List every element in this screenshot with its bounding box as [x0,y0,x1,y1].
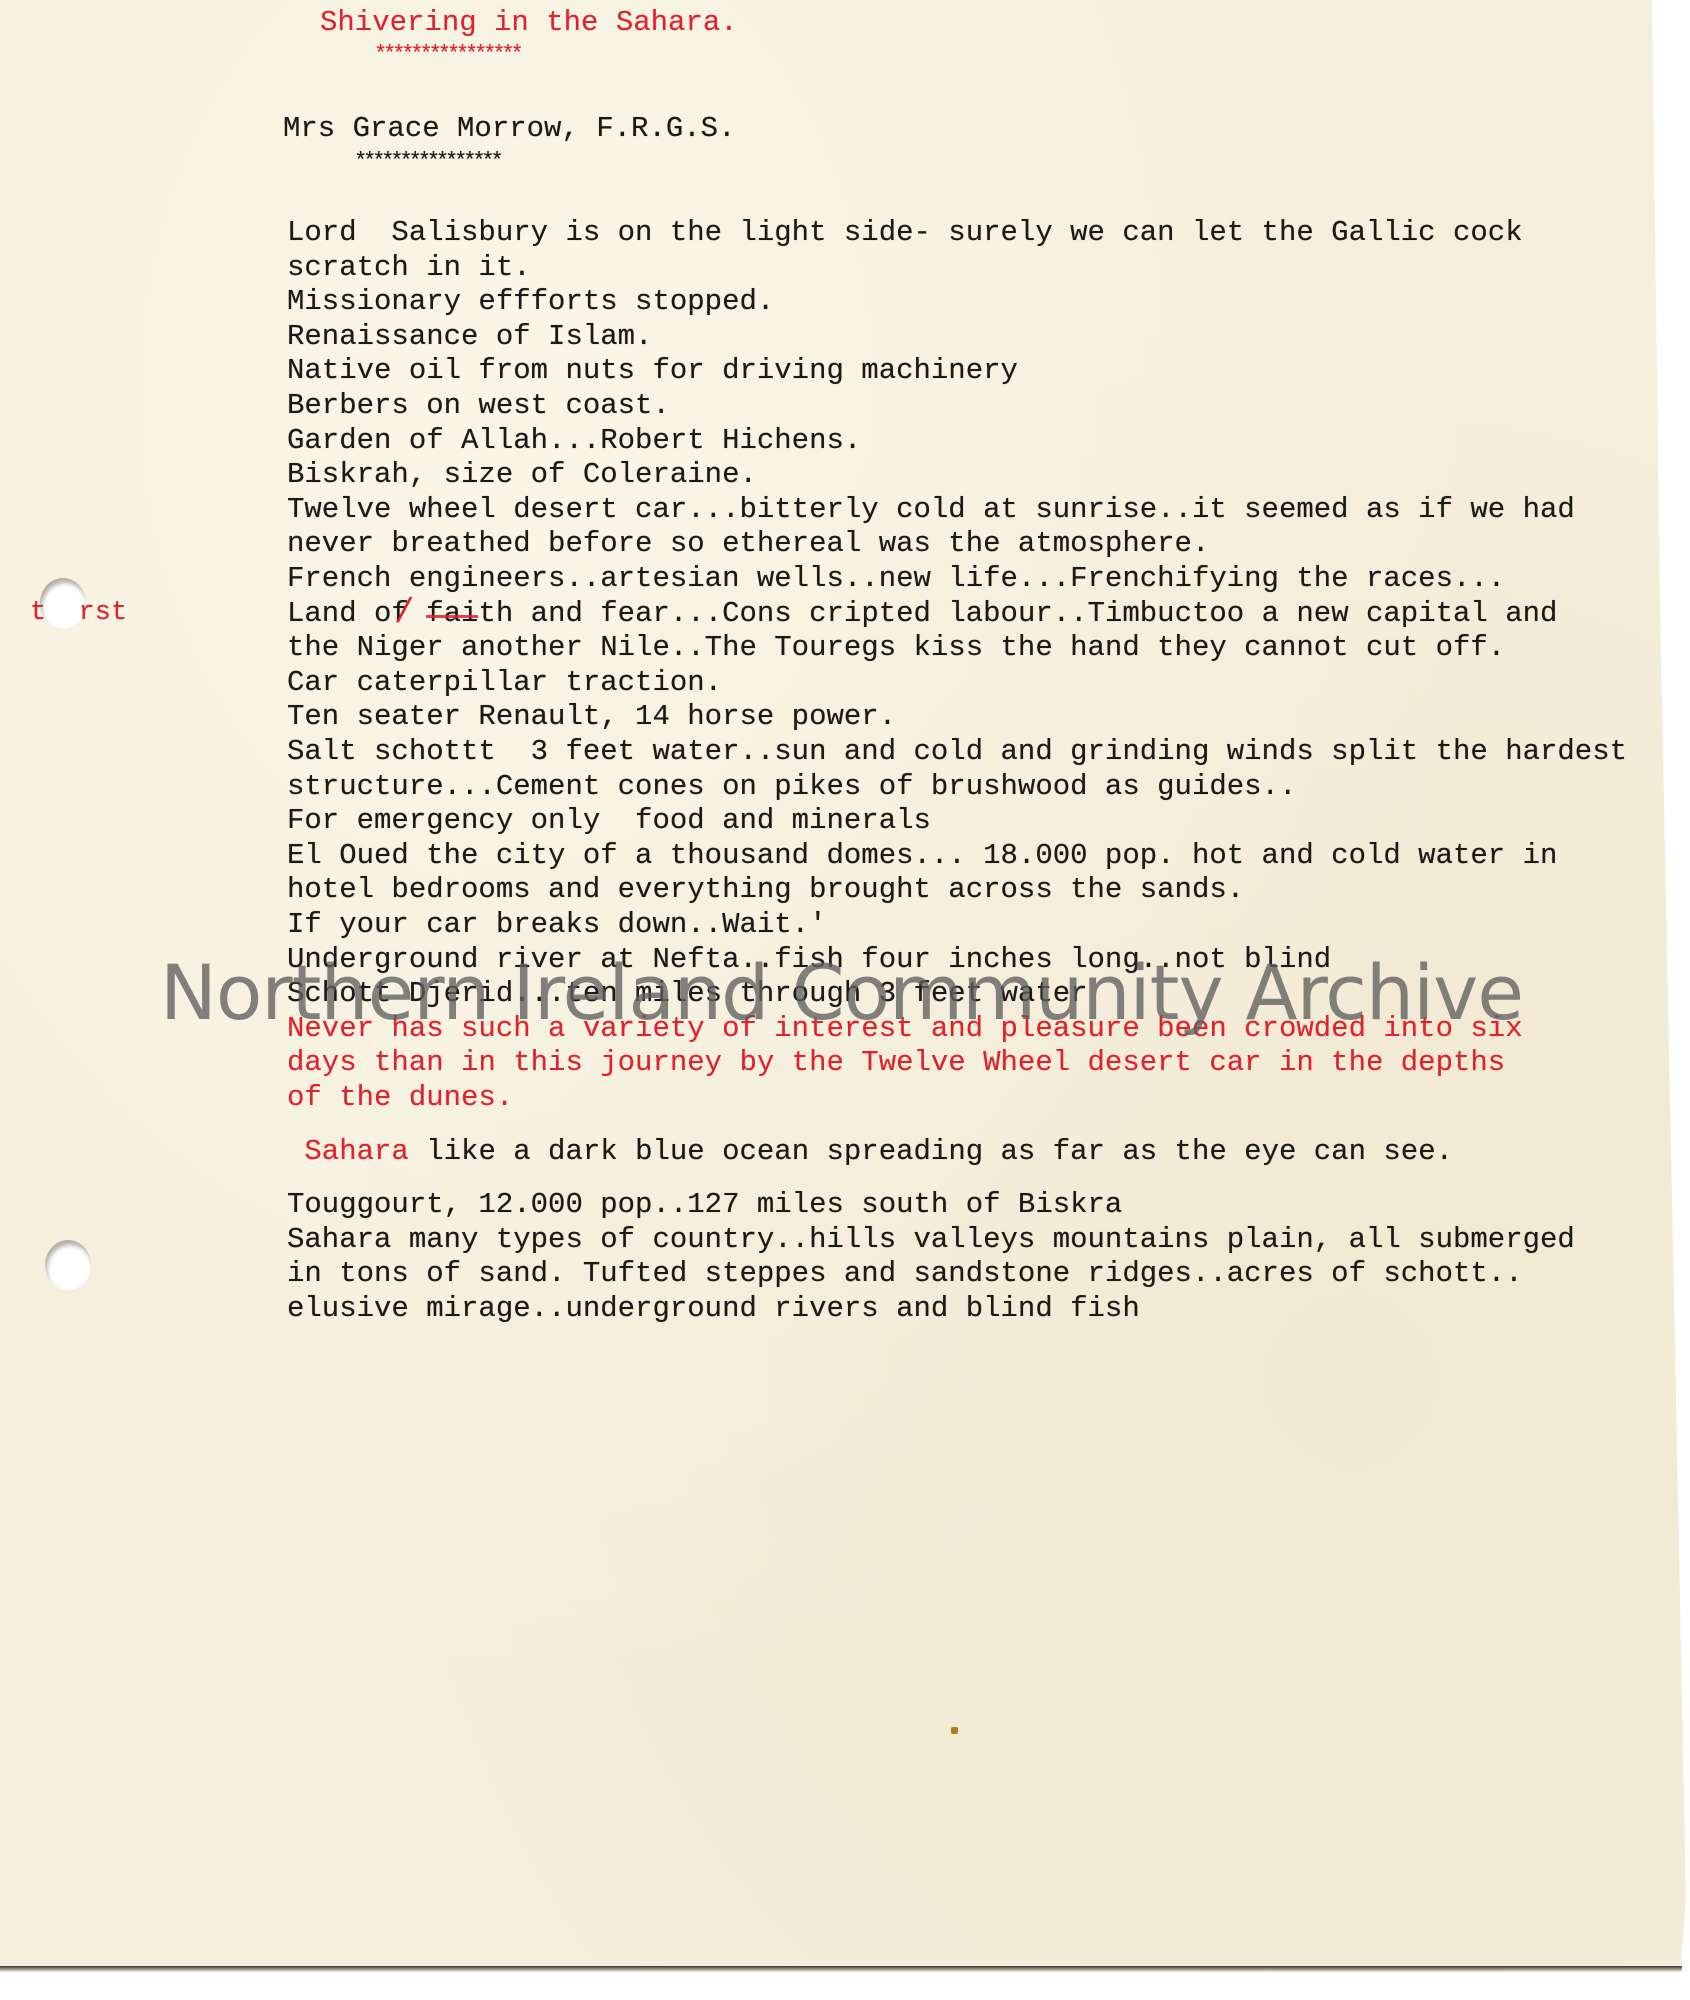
text-segment: Car caterpillar traction. [287,666,722,699]
text-segment: Schott Djerid...ten miles through 3 feet… [287,977,1088,1010]
punch-hole [45,1240,91,1290]
text-segment: scratch in it. [287,251,531,284]
text-segment: Garden of Allah...Robert Hichens. [287,424,861,457]
document-title: Shivering in the Sahara. [320,6,738,40]
title-underline: **************** [374,38,520,72]
struck-text: fai [426,597,478,630]
text-segment: For emergency only food and minerals [287,804,931,837]
text-segment: If your car breaks down..Wait.' [287,908,827,941]
document-line: hotel bedrooms and everything brought ac… [287,873,1244,907]
document-line: scratch in it. [287,251,531,285]
document-line: Touggourt, 12.000 pop..127 miles south o… [287,1188,1122,1222]
document-line: the Niger another Nile..The Touregs kiss… [287,631,1505,665]
text-segment: like a dark blue ocean spreading as far … [409,1135,1453,1168]
document-line: Renaissance of Islam. [287,320,652,354]
document-line: Car caterpillar traction. [287,666,722,700]
paper-speck [951,1727,958,1734]
document-line: Biskrah, size of Coleraine. [287,458,757,492]
document-line: Sahara like a dark blue ocean spreading … [287,1135,1453,1169]
paper-edge-shadow [0,1966,1682,1972]
document-line: Underground river at Nefta..fish four in… [287,943,1331,977]
document-line: French engineers..artesian wells..new li… [287,562,1505,596]
red-correction-mark: / [394,595,414,633]
document-line: Berbers on west coast. [287,389,670,423]
text-segment: the Niger another Nile..The Touregs kiss… [287,631,1505,664]
text-segment: of the dunes. [287,1081,513,1114]
text-segment: Underground river at Nefta..fish four in… [287,943,1331,976]
text-segment: Berbers on west coast. [287,389,670,422]
document-line: Never has such a variety of interest and… [287,1012,1523,1046]
text-segment: Salt schottt 3 feet water..sun and cold … [287,735,1627,768]
text-segment: Touggourt, 12.000 pop..127 miles south o… [287,1188,1122,1221]
text-segment: th and fear...Cons cripted labour..Timbu… [478,597,1557,630]
text-segment: Ten seater Renault, 14 horse power. [287,700,896,733]
document-line: Sahara many types of country..hills vall… [287,1223,1575,1257]
text-segment: Lord Salisbury is on the light side- sur… [287,216,1523,249]
text-segment: elusive mirage..underground rivers and b… [287,1292,1140,1325]
document-line: in tons of sand. Tufted steppes and sand… [287,1257,1523,1291]
document-line: Ten seater Renault, 14 horse power. [287,700,896,734]
text-segment: days than in this journey by the Twelve … [287,1046,1505,1079]
document-line: days than in this journey by the Twelve … [287,1046,1505,1080]
document-line: Twelve wheel desert car...bitterly cold … [287,493,1575,527]
text-segment: Missionary effforts stopped. [287,285,774,318]
document-line: If your car breaks down..Wait.' [287,908,827,942]
text-segment: in tons of sand. Tufted steppes and sand… [287,1257,1523,1290]
text-segment: Biskrah, size of Coleraine. [287,458,757,491]
document-line: For emergency only food and minerals [287,804,931,838]
text-segment: Twelve wheel desert car...bitterly cold … [287,493,1575,526]
text-segment: structure...Cement cones on pikes of bru… [287,770,1296,803]
document-line: of the dunes. [287,1081,513,1115]
document-line: elusive mirage..underground rivers and b… [287,1292,1140,1326]
text-segment: hotel bedrooms and everything brought ac… [287,873,1244,906]
document-line: Land of faith and fear...Cons cripted la… [287,597,1557,631]
document-line: Lord Salisbury is on the light side- sur… [287,216,1523,250]
margin-annotation: t rst [30,598,127,628]
text-segment: Renaissance of Islam. [287,320,652,353]
document-line: Salt schottt 3 feet water..sun and cold … [287,735,1627,769]
document-line: El Oued the city of a thousand domes... … [287,839,1557,873]
document-line: Garden of Allah...Robert Hichens. [287,424,861,458]
author-underline: **************** [354,145,500,179]
document-line: Schott Djerid...ten miles through 3 feet… [287,977,1088,1011]
document-line: structure...Cement cones on pikes of bru… [287,770,1296,804]
text-segment: French engineers..artesian wells..new li… [287,562,1505,595]
text-segment: El Oued the city of a thousand domes... … [287,839,1557,872]
text-segment: never breathed before so ethereal was th… [287,527,1209,560]
text-segment: Sahara many types of country..hills vall… [287,1223,1575,1256]
document-line: Missionary effforts stopped. [287,285,774,319]
document-line: never breathed before so ethereal was th… [287,527,1209,561]
author-name: Mrs Grace Morrow, F.R.G.S. [283,112,735,146]
text-segment: Never has such a variety of interest and… [287,1012,1523,1045]
text-segment: Sahara [287,1135,409,1168]
text-segment: Native oil from nuts for driving machine… [287,354,1018,387]
document-line: Native oil from nuts for driving machine… [287,354,1018,388]
